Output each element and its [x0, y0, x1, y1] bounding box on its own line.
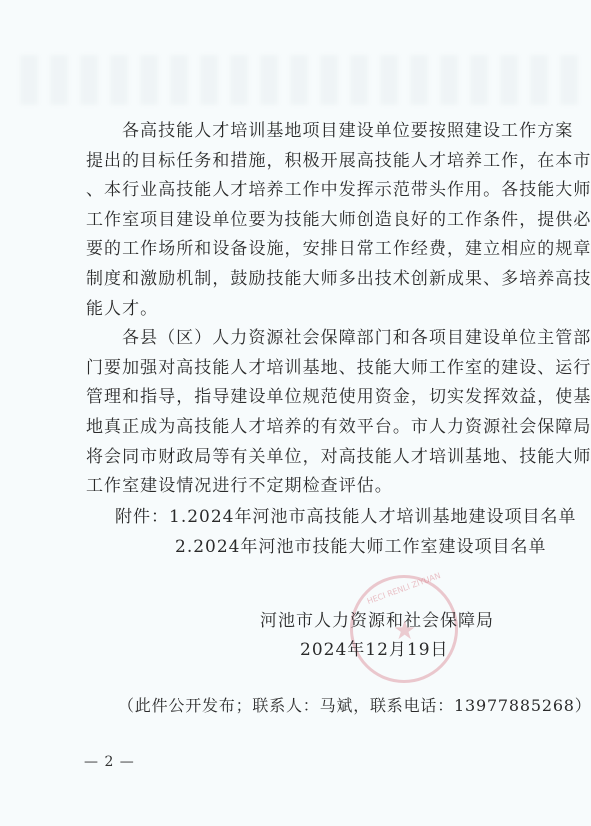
paragraph-line: 工作室建设情况进行不定期检查评估。 [86, 472, 526, 502]
contact-note: （此件公开发布；联系人：马斌，联系电话：13977885268） [118, 693, 591, 716]
signing-organization: 河池市人力资源和社会保障局 [260, 607, 494, 636]
page-number: — 2 — [84, 754, 135, 770]
attachment-item-2: 2.2024年河池市技能大师工作室建设项目名单 [115, 533, 576, 563]
paragraph-line: 门要加强对高技能人才培训基地、技能大师工作室的建设、运行 [86, 354, 526, 384]
attachment-text: 1.2024年河池市高技能人才培训基地建设项目名单 [169, 507, 576, 527]
paragraph-1: 各高技能人才培训基地项目建设单位要按照建设工作方案 提出的目标任务和措施，积极开… [86, 117, 526, 324]
paragraph-line: 提出的目标任务和措施，积极开展高技能人才培养工作，在本市 [86, 147, 526, 177]
paragraph-line: 各高技能人才培训基地项目建设单位要按照建设工作方案 [86, 117, 526, 147]
document-body: 各高技能人才培训基地项目建设单位要按照建设工作方案 提出的目标任务和措施，积极开… [86, 117, 526, 502]
signing-date: 2024年12月19日 [260, 636, 494, 665]
line-text: 各高技能人才培训基地项目建设单位要按照建设工作方案 [122, 121, 573, 141]
paragraph-line: 要的工作场所和设备设施，安排日常工作经费，建立相应的规章 [86, 235, 526, 265]
paragraph-line: 制度和激励机制，鼓励技能大师多出技术创新成果、多培养高技 [86, 265, 526, 295]
paragraph-2: 各县（区）人力资源社会保障部门和各项目建设单位主管部 门要加强对高技能人才培训基… [86, 324, 526, 502]
paragraph-line: 能人才。 [86, 295, 526, 325]
attachments-label: 附件： [115, 507, 169, 527]
paragraph-line: 各县（区）人力资源社会保障部门和各项目建设单位主管部 [86, 324, 526, 354]
attachment-item-1: 附件：1.2024年河池市高技能人才培训基地建设项目名单 [115, 503, 576, 533]
attachments-list: 附件：1.2024年河池市高技能人才培训基地建设项目名单 2.2024年河池市技… [115, 503, 576, 562]
attachment-text: 2.2024年河池市技能大师工作室建设项目名单 [175, 537, 546, 557]
faint-bleedthrough-background [20, 55, 580, 105]
paragraph-line: 、本行业高技能人才培养工作中发挥示范带头作用。各技能大师 [86, 176, 526, 206]
paragraph-line: 地真正成为高技能人才培养的有效平台。市人力资源社会保障局 [86, 413, 526, 443]
signature-block: 河池市人力资源和社会保障局 2024年12月19日 [260, 607, 494, 665]
stamp-ring-text: HECI RENLI ZIYUAN [366, 571, 442, 606]
paragraph-line: 工作室项目建设单位要为技能大师创造良好的工作条件，提供必 [86, 206, 526, 236]
paragraph-line: 将会同市财政局等有关单位，对高技能人才培训基地、技能大师 [86, 443, 526, 473]
paragraph-line: 管理和指导，指导建设单位规范使用资金，切实发挥效益，使基 [86, 383, 526, 413]
line-text: 各县（区）人力资源社会保障部门和各项目建设单位主管部 [122, 328, 591, 348]
